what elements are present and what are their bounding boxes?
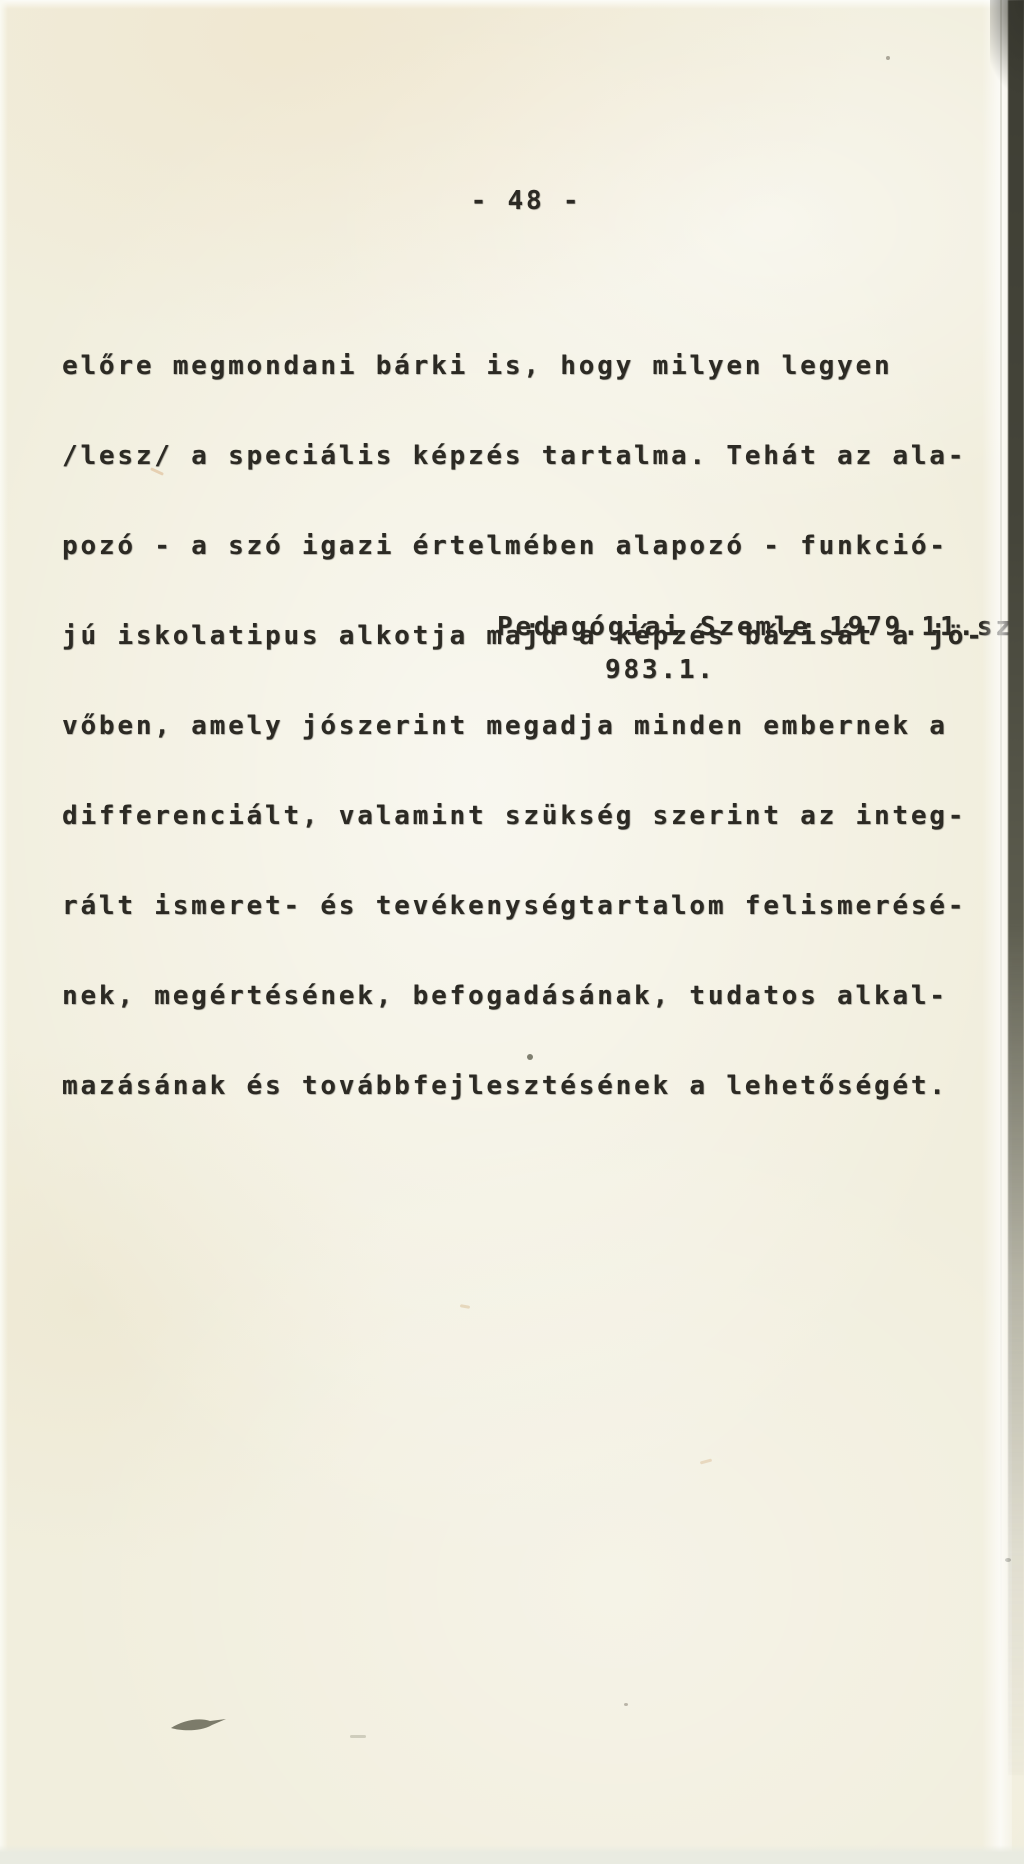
text-line: nek, megértésének, befogadásának, tudato… [62, 981, 1012, 1011]
paper-fiber [460, 1304, 470, 1309]
paper-speck [527, 1054, 533, 1060]
paper-speck [624, 1703, 628, 1706]
paper-speck [350, 1735, 366, 1738]
text-line: mazásának és továbbfejlesztésének a lehe… [62, 1071, 1012, 1101]
scan-left-edge [0, 0, 8, 1864]
paragraph: előre megmondani bárki is, hogy milyen l… [62, 291, 1012, 1161]
text-line: rált ismeret- és tevékenységtartalom fel… [62, 891, 1012, 921]
scan-bottom-edge [0, 1845, 1024, 1864]
citation-source: Pedagógiai Szemle 1979.11.sz [497, 612, 1014, 642]
scanned-document-page: - 48 - előre megmondani bárki is, hogy m… [0, 0, 1024, 1864]
page-edge-crease [1000, 0, 1002, 1700]
text-line: előre megmondani bárki is, hogy milyen l… [62, 351, 1012, 381]
scan-top-edge [0, 0, 1024, 9]
text-line: vőben, amely jószerint megadja minden em… [62, 711, 1012, 741]
page-edge-corner [990, 0, 1024, 110]
page-number: - 48 - [62, 186, 990, 216]
text-line: /lesz/ a speciális képzés tartalma. Tehá… [62, 441, 1012, 471]
ink-smudge [168, 1714, 230, 1740]
page-edge-shadow [1008, 0, 1024, 1775]
text-line: differenciált, valamint szükség szerint … [62, 801, 1012, 831]
text-line: pozó - a szó igazi értelmében alapozó - … [62, 531, 1012, 561]
citation-page: 983.1. [605, 655, 716, 685]
paper-speck [886, 56, 890, 60]
paper-fiber [700, 1458, 712, 1464]
